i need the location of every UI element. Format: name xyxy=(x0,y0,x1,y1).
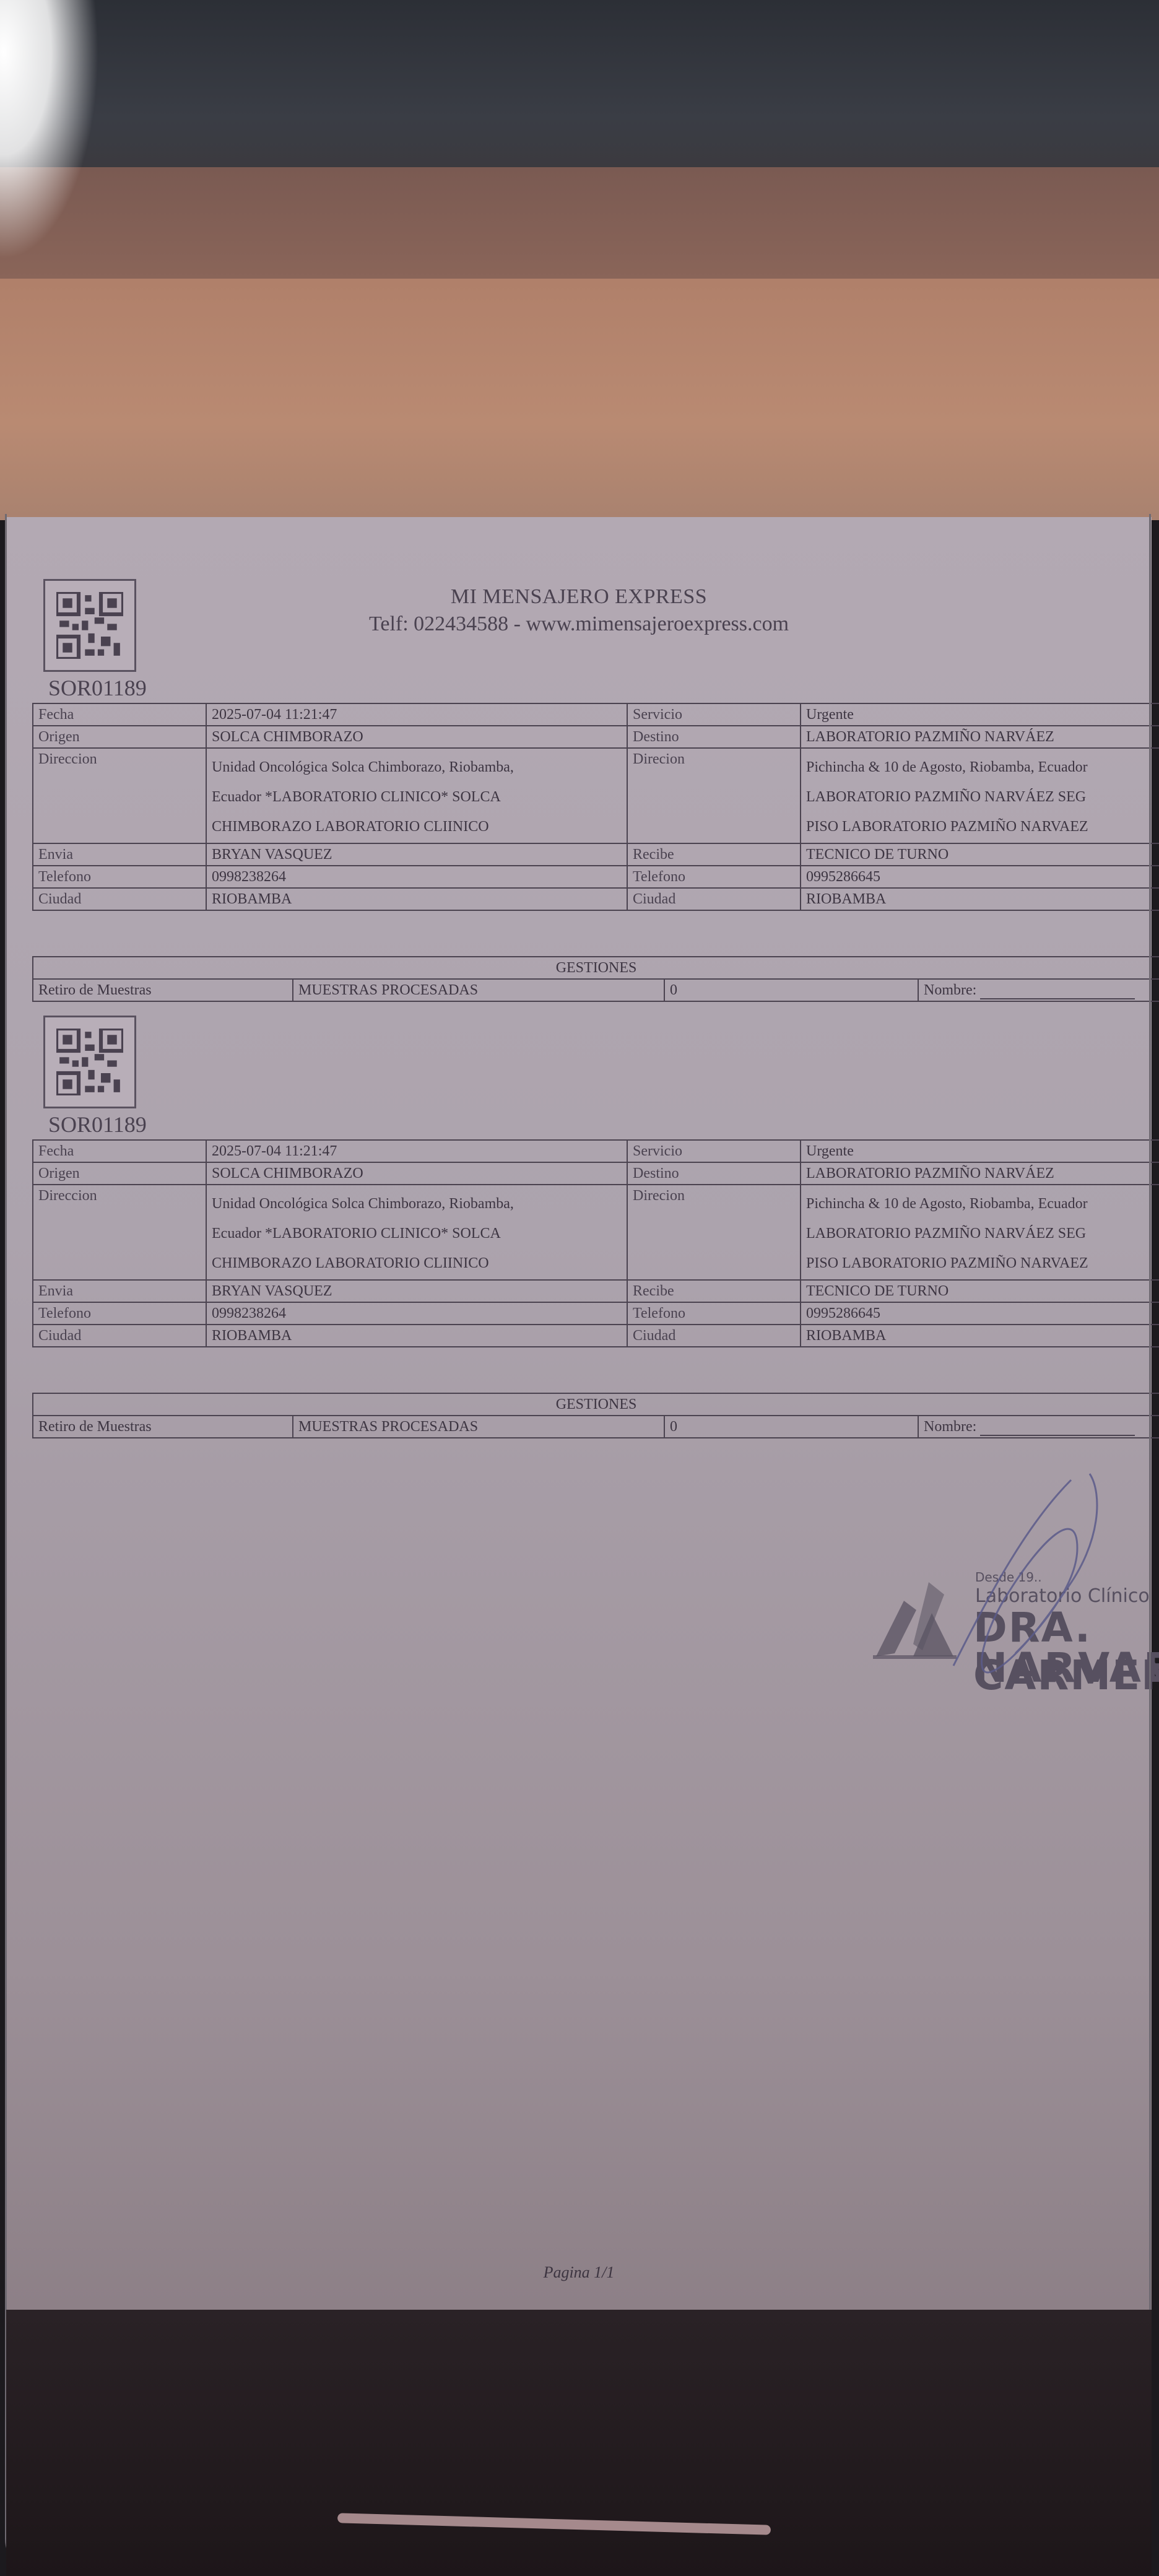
phone-screen-bottom xyxy=(6,2310,1152,2576)
photo-background-top xyxy=(0,0,1159,167)
phone-screen-edge xyxy=(5,514,1151,2576)
photo-background-surface xyxy=(0,279,1159,520)
light-glare xyxy=(0,0,99,260)
photo-background-band xyxy=(0,167,1159,279)
